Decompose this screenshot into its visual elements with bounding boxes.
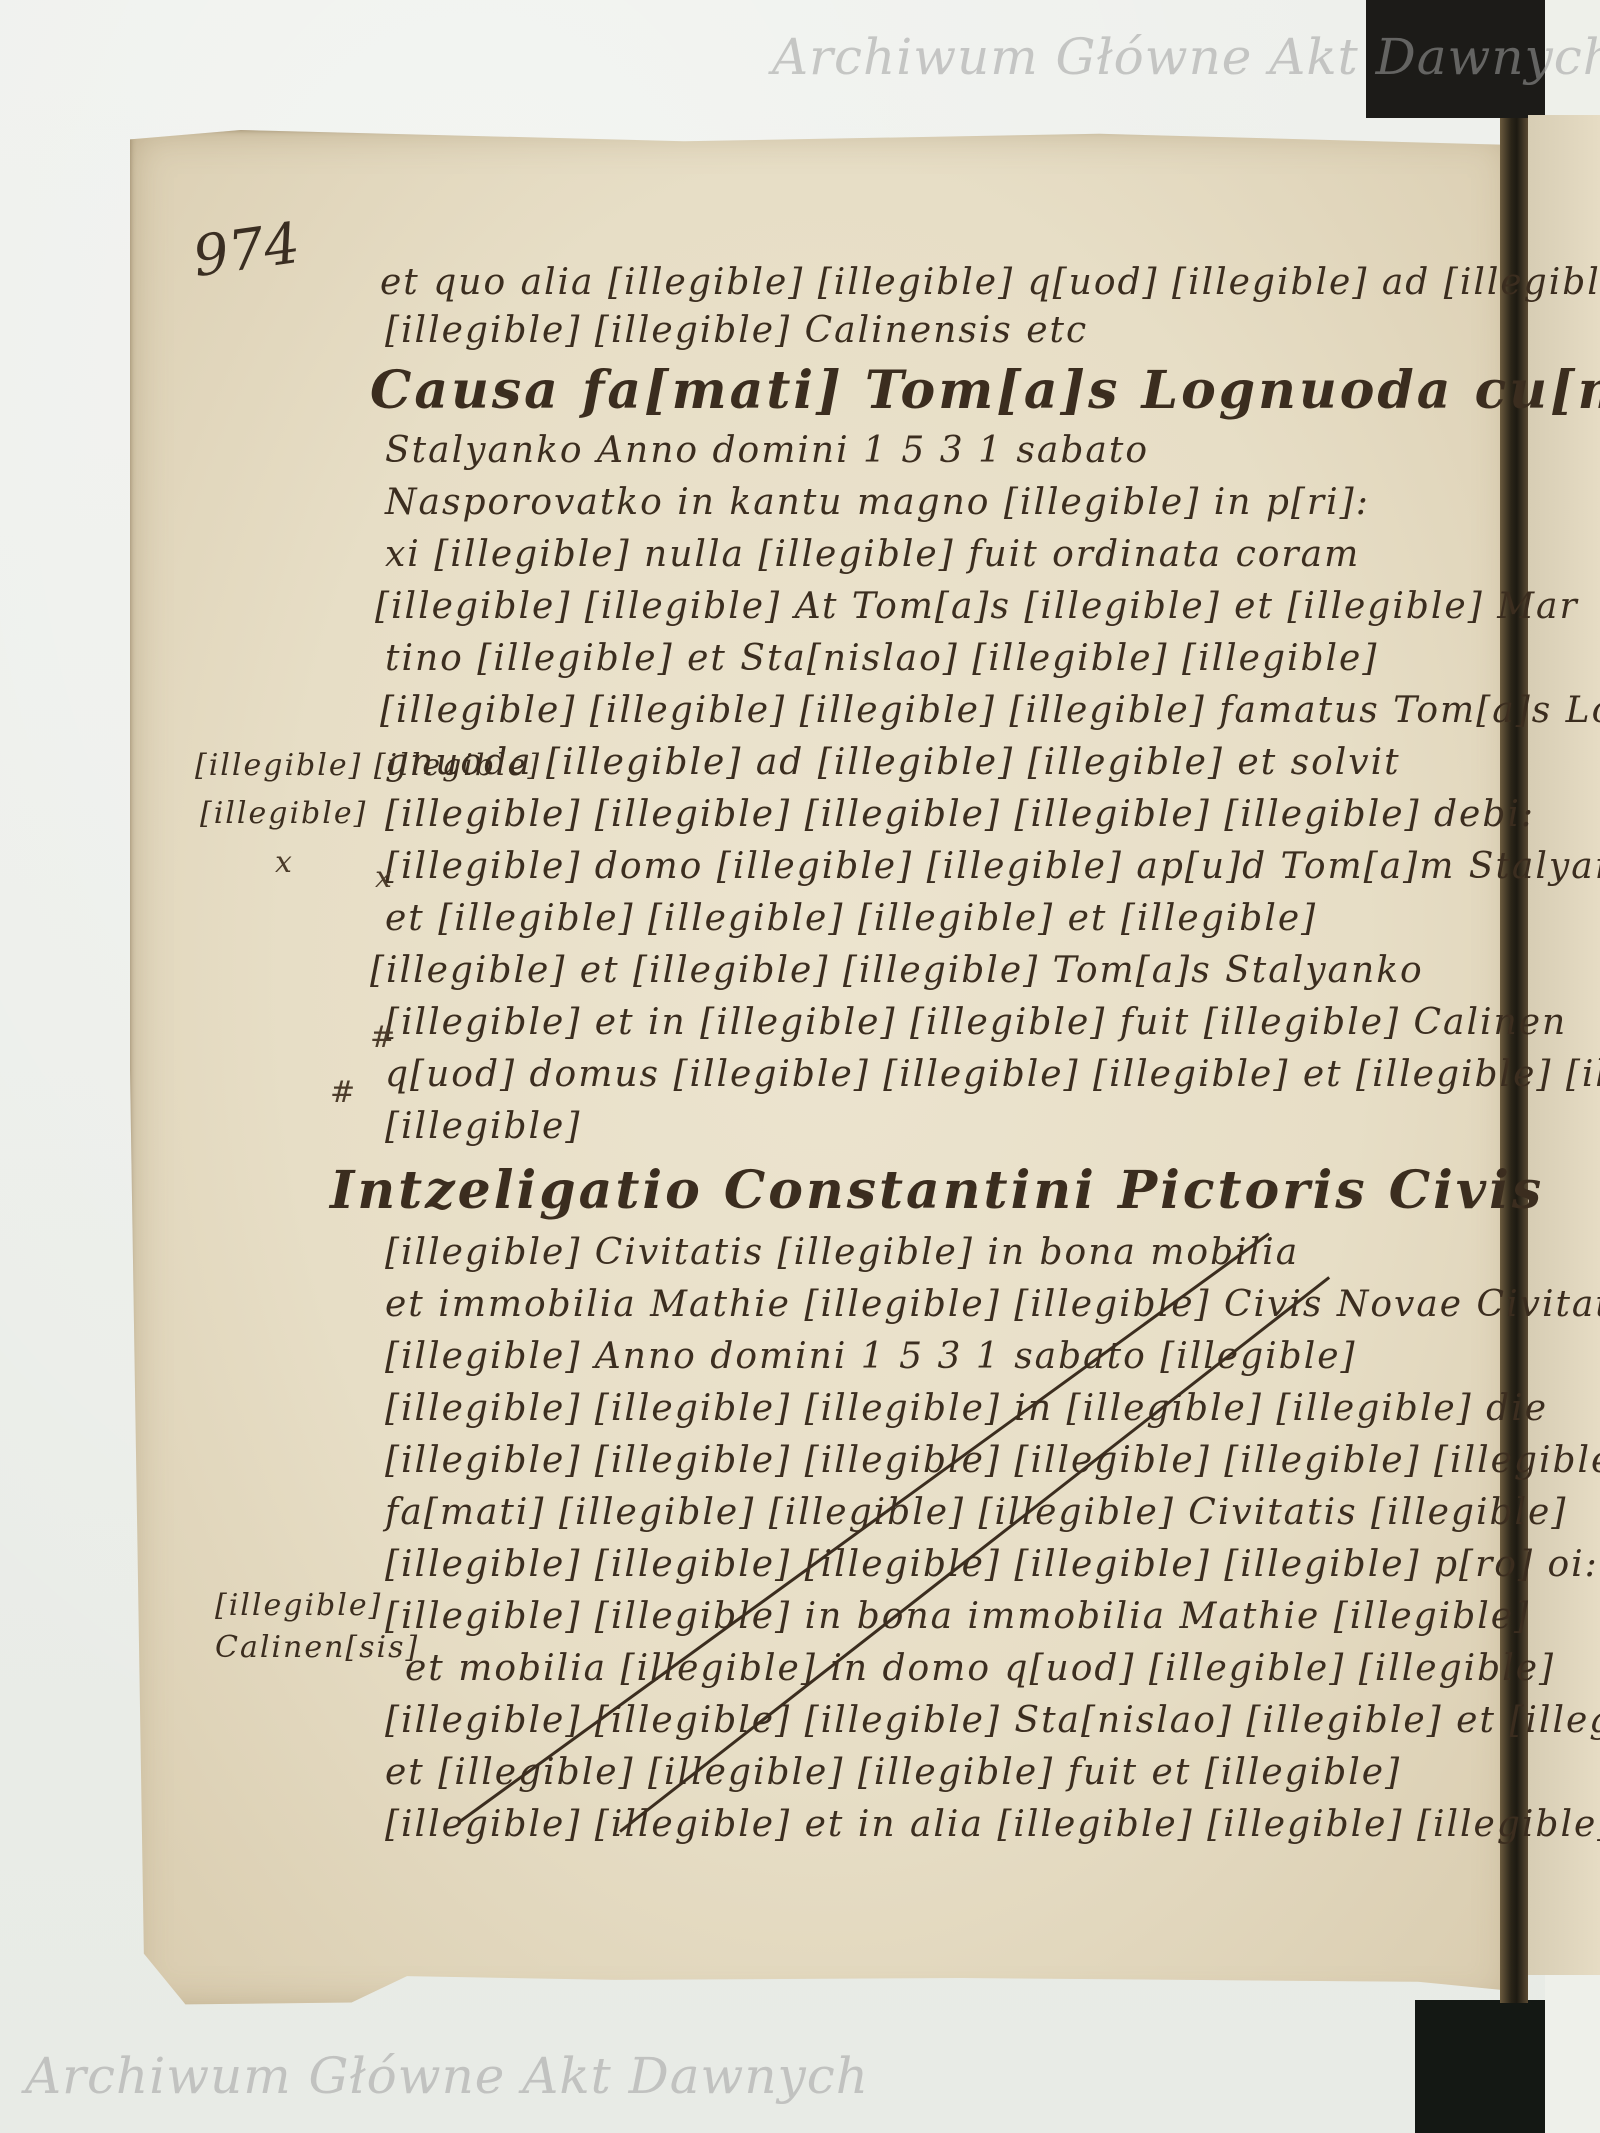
margin-note: [illegible] [200,796,367,831]
manuscript-line: q[uod] domus [illegible] [illegible] [il… [385,1054,1600,1095]
manuscript-line: Stalyanko Anno domini 1 5 3 1 sabato [385,430,1149,471]
cross-mark: x [375,860,394,895]
manuscript-line: [illegible] et [illegible] [illegible] T… [370,950,1424,991]
manuscript-line: et [illegible] [illegible] [illegible] e… [385,898,1317,939]
manuscript-line: tino [illegible] et Sta[nislao] [illegib… [385,638,1378,679]
manuscript-line: [illegible] [illegible] in bona immobili… [385,1596,1530,1637]
manuscript-line: [illegible] [illegible] Calinensis etc [385,310,1088,351]
manuscript-line: [illegible] [illegible] [illegible] [ill… [385,1440,1600,1481]
watermark-top: Archiwum Główne Akt Dawnych [772,28,1600,86]
margin-note: [illegible] [illegible] [195,748,541,783]
hash-mark: # [330,1075,357,1110]
margin-note: Calinen[sis] [215,1630,419,1665]
watermark-bottom: Archiwum Główne Akt Dawnych [25,2047,869,2105]
manuscript-line: et quo alia [illegible] [illegible] q[uo… [380,262,1600,303]
manuscript-line: et mobilia [illegible] in domo q[uod] [i… [405,1648,1555,1689]
hash-mark: # [370,1020,397,1055]
manuscript-line: [illegible] [illegible] [illegible] [ill… [385,1544,1599,1585]
manuscript-line: [illegible] [illegible] [illegible] in [… [385,1388,1548,1429]
manuscript-line: [illegible] [385,1106,581,1147]
manuscript-line: [illegible] Civitatis [illegible] in bon… [385,1232,1299,1273]
margin-note: [illegible] [215,1588,382,1623]
manuscript-line: [illegible] domo [illegible] [illegible]… [385,846,1600,887]
manuscript-line: [illegible] [illegible] [illegible] [ill… [385,794,1535,835]
manuscript-line: et [illegible] [illegible] [illegible] f… [385,1752,1401,1793]
manuscript-line: [illegible] [illegible] et in alia [ille… [385,1804,1600,1845]
manuscript-line: [illegible] et in [illegible] [illegible… [385,1002,1567,1043]
section-heading: Causa fa[mati] Tom[a]s Lognuoda cu[m] [i… [370,360,1600,421]
manuscript-line: fa[mati] [illegible] [illegible] [illegi… [385,1492,1567,1533]
cross-mark: x [275,845,294,880]
section-heading: Intzeligatio Constantini Pictoris Civis [330,1160,1544,1221]
manuscript-line: [illegible] [illegible] [illegible] [ill… [380,690,1600,731]
manuscript-line: Nasporovatko in kantu magno [illegible] … [385,482,1370,523]
manuscript-line: xi [illegible] nulla [illegible] fuit or… [385,534,1360,575]
binding-strip-bottom [1415,2000,1550,2133]
manuscript-line: [illegible] [illegible] [illegible] Sta[… [385,1700,1600,1741]
manuscript-line: et immobilia Mathie [illegible] [illegib… [385,1284,1600,1325]
manuscript-line: [illegible] [illegible] At Tom[a]s [ille… [375,586,1579,627]
